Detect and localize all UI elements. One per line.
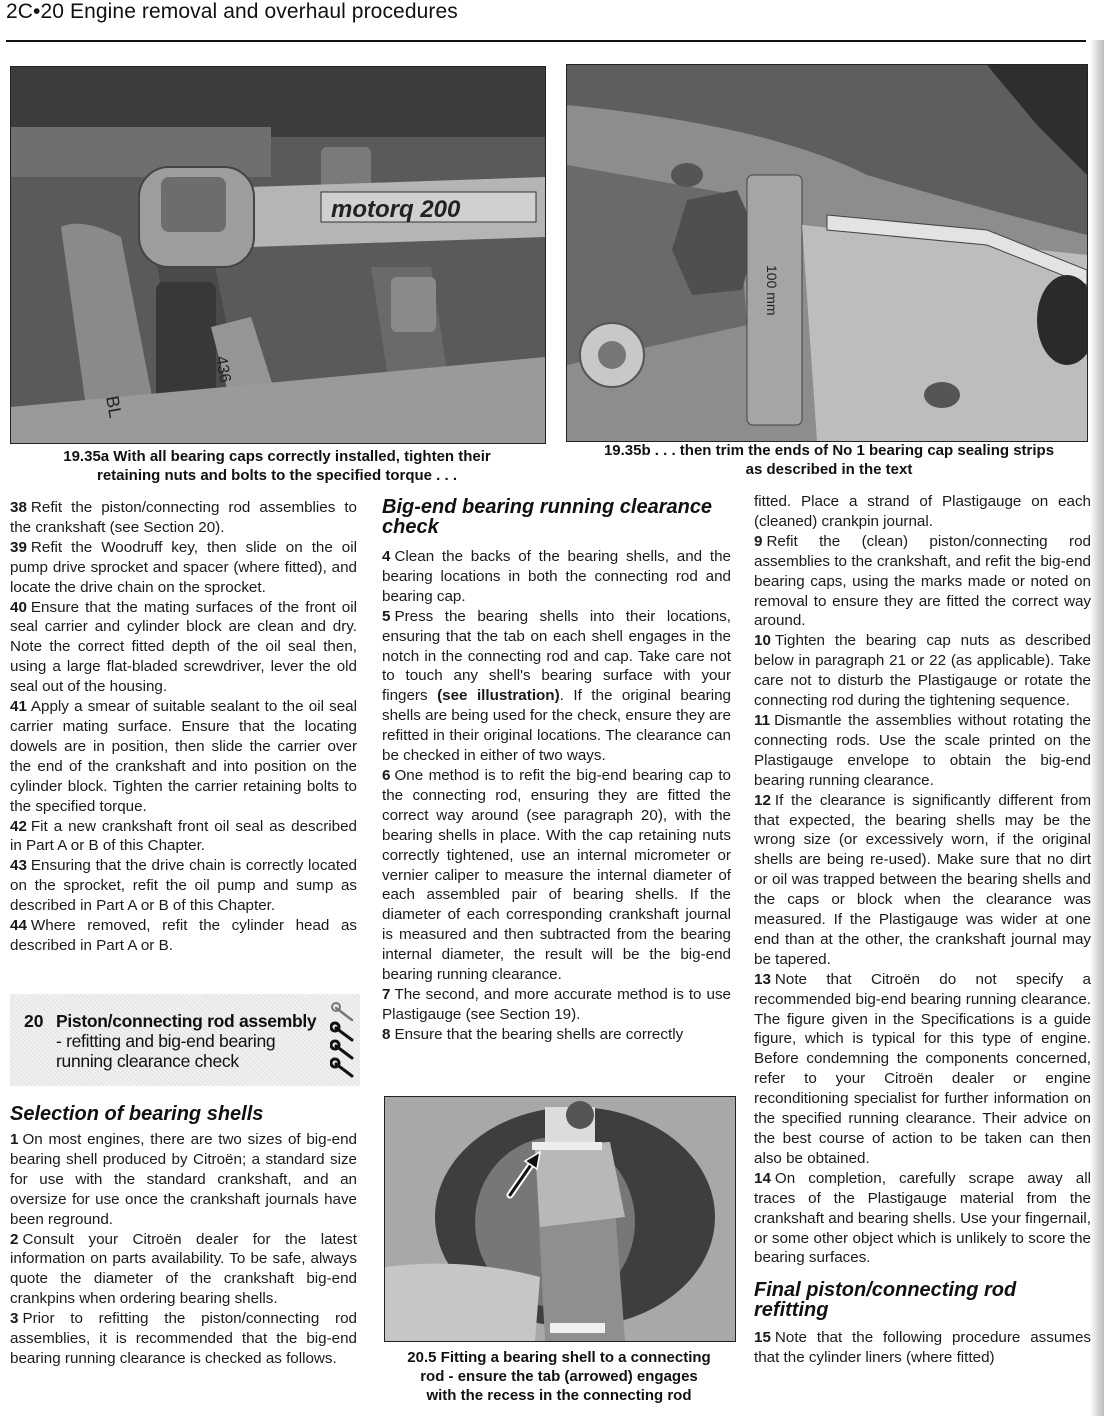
svg-text:motorq 200: motorq 200 — [331, 196, 461, 223]
wrench-rating-icon — [330, 1000, 358, 1082]
paragraph: 8Ensure that the bearing shells are corr… — [382, 1025, 731, 1045]
text-column-2: Big-end bearing running clearance check … — [382, 497, 731, 1045]
text-column-1-section: Selection of bearing shells 1On most eng… — [10, 1104, 357, 1369]
paragraph: 44Where removed, refit the cylinder head… — [10, 916, 357, 956]
paragraph: 4Clean the backs of the bearing shells, … — [382, 547, 731, 607]
paragraph: 12If the clearance is significantly diff… — [754, 791, 1091, 970]
paragraph: 42Fit a new crankshaft front oil seal as… — [10, 817, 357, 857]
paragraph: 6One method is to refit the big-end bear… — [382, 766, 731, 985]
caption-line: retaining nuts and bolts to the specifie… — [10, 466, 544, 485]
page-edge-shadow — [1090, 40, 1104, 1416]
paragraph: 38Refit the piston/connecting rod assemb… — [10, 498, 357, 538]
sealing-strip-photo-illustration: 100 mm — [567, 65, 1087, 441]
paragraph: 43Ensuring that the drive chain is corre… — [10, 856, 357, 916]
illustration-reference: (see illustration) — [437, 687, 560, 704]
paragraph: 14On completion, carefully scrape away a… — [754, 1169, 1091, 1269]
figure-caption-19-35a: 19.35a With all bearing caps correctly i… — [10, 447, 544, 485]
paragraph: 13Note that Citroën do not specify a rec… — [754, 970, 1091, 1169]
figure-caption-20-5: 20.5 Fitting a bearing shell to a connec… — [384, 1348, 734, 1405]
caption-line: with the recess in the connecting rod — [384, 1386, 734, 1405]
photo-torque-wrench: motorq 200 BL 436 — [10, 66, 546, 444]
photo-bearing-shell — [384, 1096, 736, 1342]
section-heading-box: 20 Piston/connecting rod assembly - refi… — [10, 994, 360, 1086]
figure-caption-19-35b: 19.35b . . . then trim the ends of No 1 … — [566, 441, 1092, 479]
paragraph: 1On most engines, there are two sizes of… — [10, 1130, 357, 1230]
caption-line: 20.5 Fitting a bearing shell to a connec… — [384, 1348, 734, 1367]
svg-text:BL: BL — [102, 394, 126, 419]
paragraph: 11Dismantle the assemblies without rotat… — [754, 711, 1091, 791]
paragraph: 3Prior to refitting the piston/connectin… — [10, 1309, 357, 1369]
paragraph: 41Apply a smear of suitable sealant to t… — [10, 697, 357, 816]
text-column-1: 38Refit the piston/connecting rod assemb… — [10, 498, 357, 956]
paragraph: 10Tighten the bearing cap nuts as descri… — [754, 631, 1091, 711]
section-title: Piston/connecting rod assembly - refitti… — [56, 1011, 326, 1071]
paragraph: 9Refit the (clean) piston/connecting rod… — [754, 532, 1091, 632]
paragraph: 2Consult your Citroën dealer for the lat… — [10, 1230, 357, 1310]
photo-trim-sealing-strips: 100 mm — [566, 64, 1088, 442]
caption-line: 19.35a With all bearing caps correctly i… — [10, 447, 544, 466]
paragraph: 7The second, and more accurate method is… — [382, 985, 731, 1025]
section-number: 20 — [24, 1011, 43, 1032]
paragraph: 39Refit the Woodruff key, then slide on … — [10, 538, 357, 598]
caption-line: 19.35b . . . then trim the ends of No 1 … — [566, 441, 1092, 460]
text-column-3: fitted. Place a strand of Plastigauge on… — [754, 492, 1091, 1368]
page-header: 2C•20 Engine removal and overhaul proced… — [6, 0, 458, 24]
paragraph-continued: fitted. Place a strand of Plastigauge on… — [754, 492, 1091, 532]
paragraph: 15Note that the following procedure assu… — [754, 1328, 1091, 1368]
header-rule — [6, 40, 1086, 42]
torque-wrench-photo-illustration: motorq 200 BL 436 — [11, 67, 545, 443]
svg-text:100 mm: 100 mm — [764, 265, 780, 316]
bearing-shell-photo-illustration — [385, 1097, 735, 1341]
subheading: Selection of bearing shells — [10, 1104, 357, 1124]
paragraph: 5Press the bearing shells into their loc… — [382, 607, 731, 766]
subheading: Big-end bearing running clearance check — [382, 497, 731, 537]
paragraph: 40Ensure that the mating surfaces of the… — [10, 598, 357, 698]
subheading: Final piston/connecting rod refitting — [754, 1280, 1091, 1320]
caption-line: as described in the text — [566, 460, 1092, 479]
caption-line: rod - ensure the tab (arrowed) engages — [384, 1367, 734, 1386]
